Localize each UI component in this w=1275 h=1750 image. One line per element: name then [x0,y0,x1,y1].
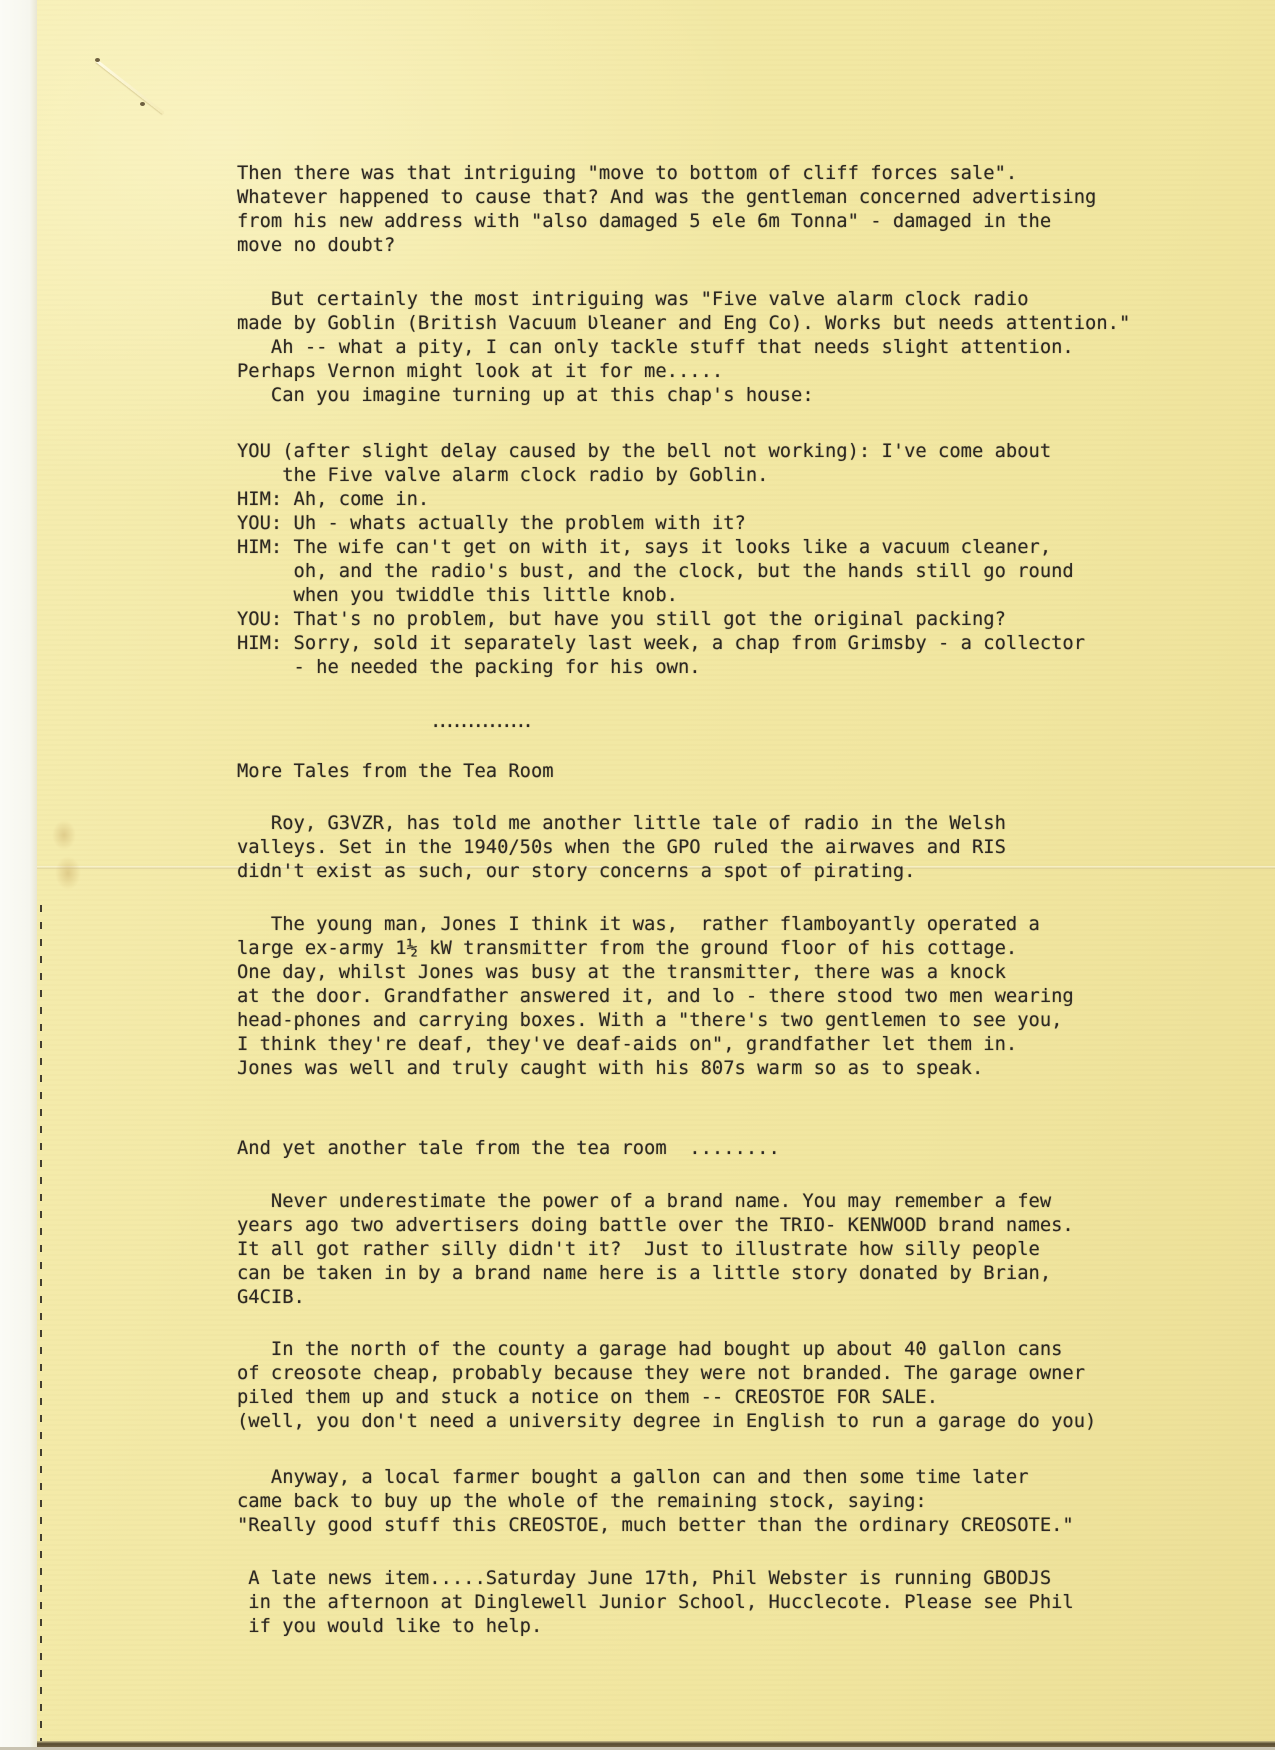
text-line: One day, whilst Jones was busy at the tr… [237,961,1197,985]
section-heading: And yet another tale from the tea room .… [237,1137,1197,1161]
text-line: head-phones and carrying boxes. With a "… [237,1009,1197,1033]
text-line: Jones was well and truly caught with his… [237,1057,1197,1081]
document-body: Then there was that intriguing "move to … [237,162,1197,1639]
section-heading: More Tales from the Tea Room [237,760,1197,784]
text-line: I think they're deaf, they've deaf-aids … [237,1033,1197,1057]
text-line: in the afternoon at Dinglewell Junior Sc… [237,1591,1197,1615]
text-line: HIM: Ah, come in. [237,488,1197,512]
text-line: More Tales from the Tea Room [237,760,1197,784]
text-line: .............. [430,710,1197,734]
dialogue-block: YOU (after slight delay caused by the be… [237,440,1197,680]
text-line: of creosote cheap, probably because they… [237,1362,1197,1386]
text-line: (well, you don't need a university degre… [237,1410,1197,1434]
scanner-background-strip [0,0,37,1750]
text-line: YOU: That's no problem, but have you sti… [237,608,1197,632]
text-line: can be taken in by a brand name here is … [237,1262,1197,1286]
text-line: Never underestimate the power of a brand… [237,1190,1197,1214]
text-line: Can you imagine turning up at this chap'… [237,384,1197,408]
text-line: But certainly the most intriguing was "F… [237,288,1197,312]
text-line: Perhaps Vernon might look at it for me..… [237,360,1197,384]
text-line: In the north of the county a garage had … [237,1338,1197,1362]
staple-mark-icon [95,58,100,62]
paragraph: But certainly the most intriguing was "F… [237,288,1197,408]
text-line: valleys. Set in the 1940/50s when the GP… [237,836,1197,860]
text-line: at the door. Grandfather answered it, an… [237,985,1197,1009]
paper-smudge [52,820,76,850]
text-line: Roy, G3VZR, has told me another little t… [237,812,1197,836]
text-line: piled them up and stuck a notice on them… [237,1386,1197,1410]
text-line: years ago two advertisers doing battle o… [237,1214,1197,1238]
text-line: from his new address with "also damaged … [237,210,1197,234]
text-line: YOU: Uh - whats actually the problem wit… [237,512,1197,536]
paragraph: A late news item.....Saturday June 17th,… [237,1567,1197,1639]
text-line: if you would like to help. [237,1615,1197,1639]
paragraph: Roy, G3VZR, has told me another little t… [237,812,1197,884]
text-line: large ex-army 1½ kW transmitter from the… [237,937,1197,961]
paragraph: The young man, Jones I think it was, rat… [237,913,1197,1081]
text-line: Anyway, a local farmer bought a gallon c… [237,1466,1197,1490]
text-line: A late news item.....Saturday June 17th,… [237,1567,1197,1591]
text-line: move no doubt? [237,234,1197,258]
text-line: oh, and the radio's bust, and the clock,… [237,560,1197,584]
text-line: The young man, Jones I think it was, rat… [237,913,1197,937]
staple-mark-icon [140,102,145,106]
text-line: Then there was that intriguing "move to … [237,162,1197,186]
dotted-separator: .............. [237,710,1197,734]
text-line: HIM: Sorry, sold it separately last week… [237,632,1197,656]
paragraph: Anyway, a local farmer bought a gallon c… [237,1466,1197,1538]
text-line: the Five valve alarm clock radio by Gobl… [237,464,1197,488]
text-line: And yet another tale from the tea room .… [237,1137,1197,1161]
text-line: It all got rather silly didn't it? Just … [237,1238,1197,1262]
text-line: HIM: The wife can't get on with it, says… [237,536,1197,560]
text-line: YOU (after slight delay caused by the be… [237,440,1197,464]
text-line: - he needed the packing for his own. [237,656,1197,680]
text-line: made by Goblin (British Vacuum Ʋleaner a… [237,312,1197,336]
paper-smudge [55,856,81,890]
text-line: came back to buy up the whole of the rem… [237,1490,1197,1514]
paragraph: In the north of the county a garage had … [237,1338,1197,1434]
text-line: Ah -- what a pity, I can only tackle stu… [237,336,1197,360]
text-line: when you twiddle this little knob. [237,584,1197,608]
text-line: Whatever happened to cause that? And was… [237,186,1197,210]
text-line: didn't exist as such, our story concerns… [237,860,1197,884]
paragraph: Then there was that intriguing "move to … [237,162,1197,258]
left-edge-dashed-line [40,905,42,1741]
paragraph: Never underestimate the power of a brand… [237,1190,1197,1310]
scanned-page: Then there was that intriguing "move to … [0,0,1275,1750]
text-line: G4CIB. [237,1286,1197,1310]
text-line: "Really good stuff this CREOSTOE, much b… [237,1514,1197,1538]
